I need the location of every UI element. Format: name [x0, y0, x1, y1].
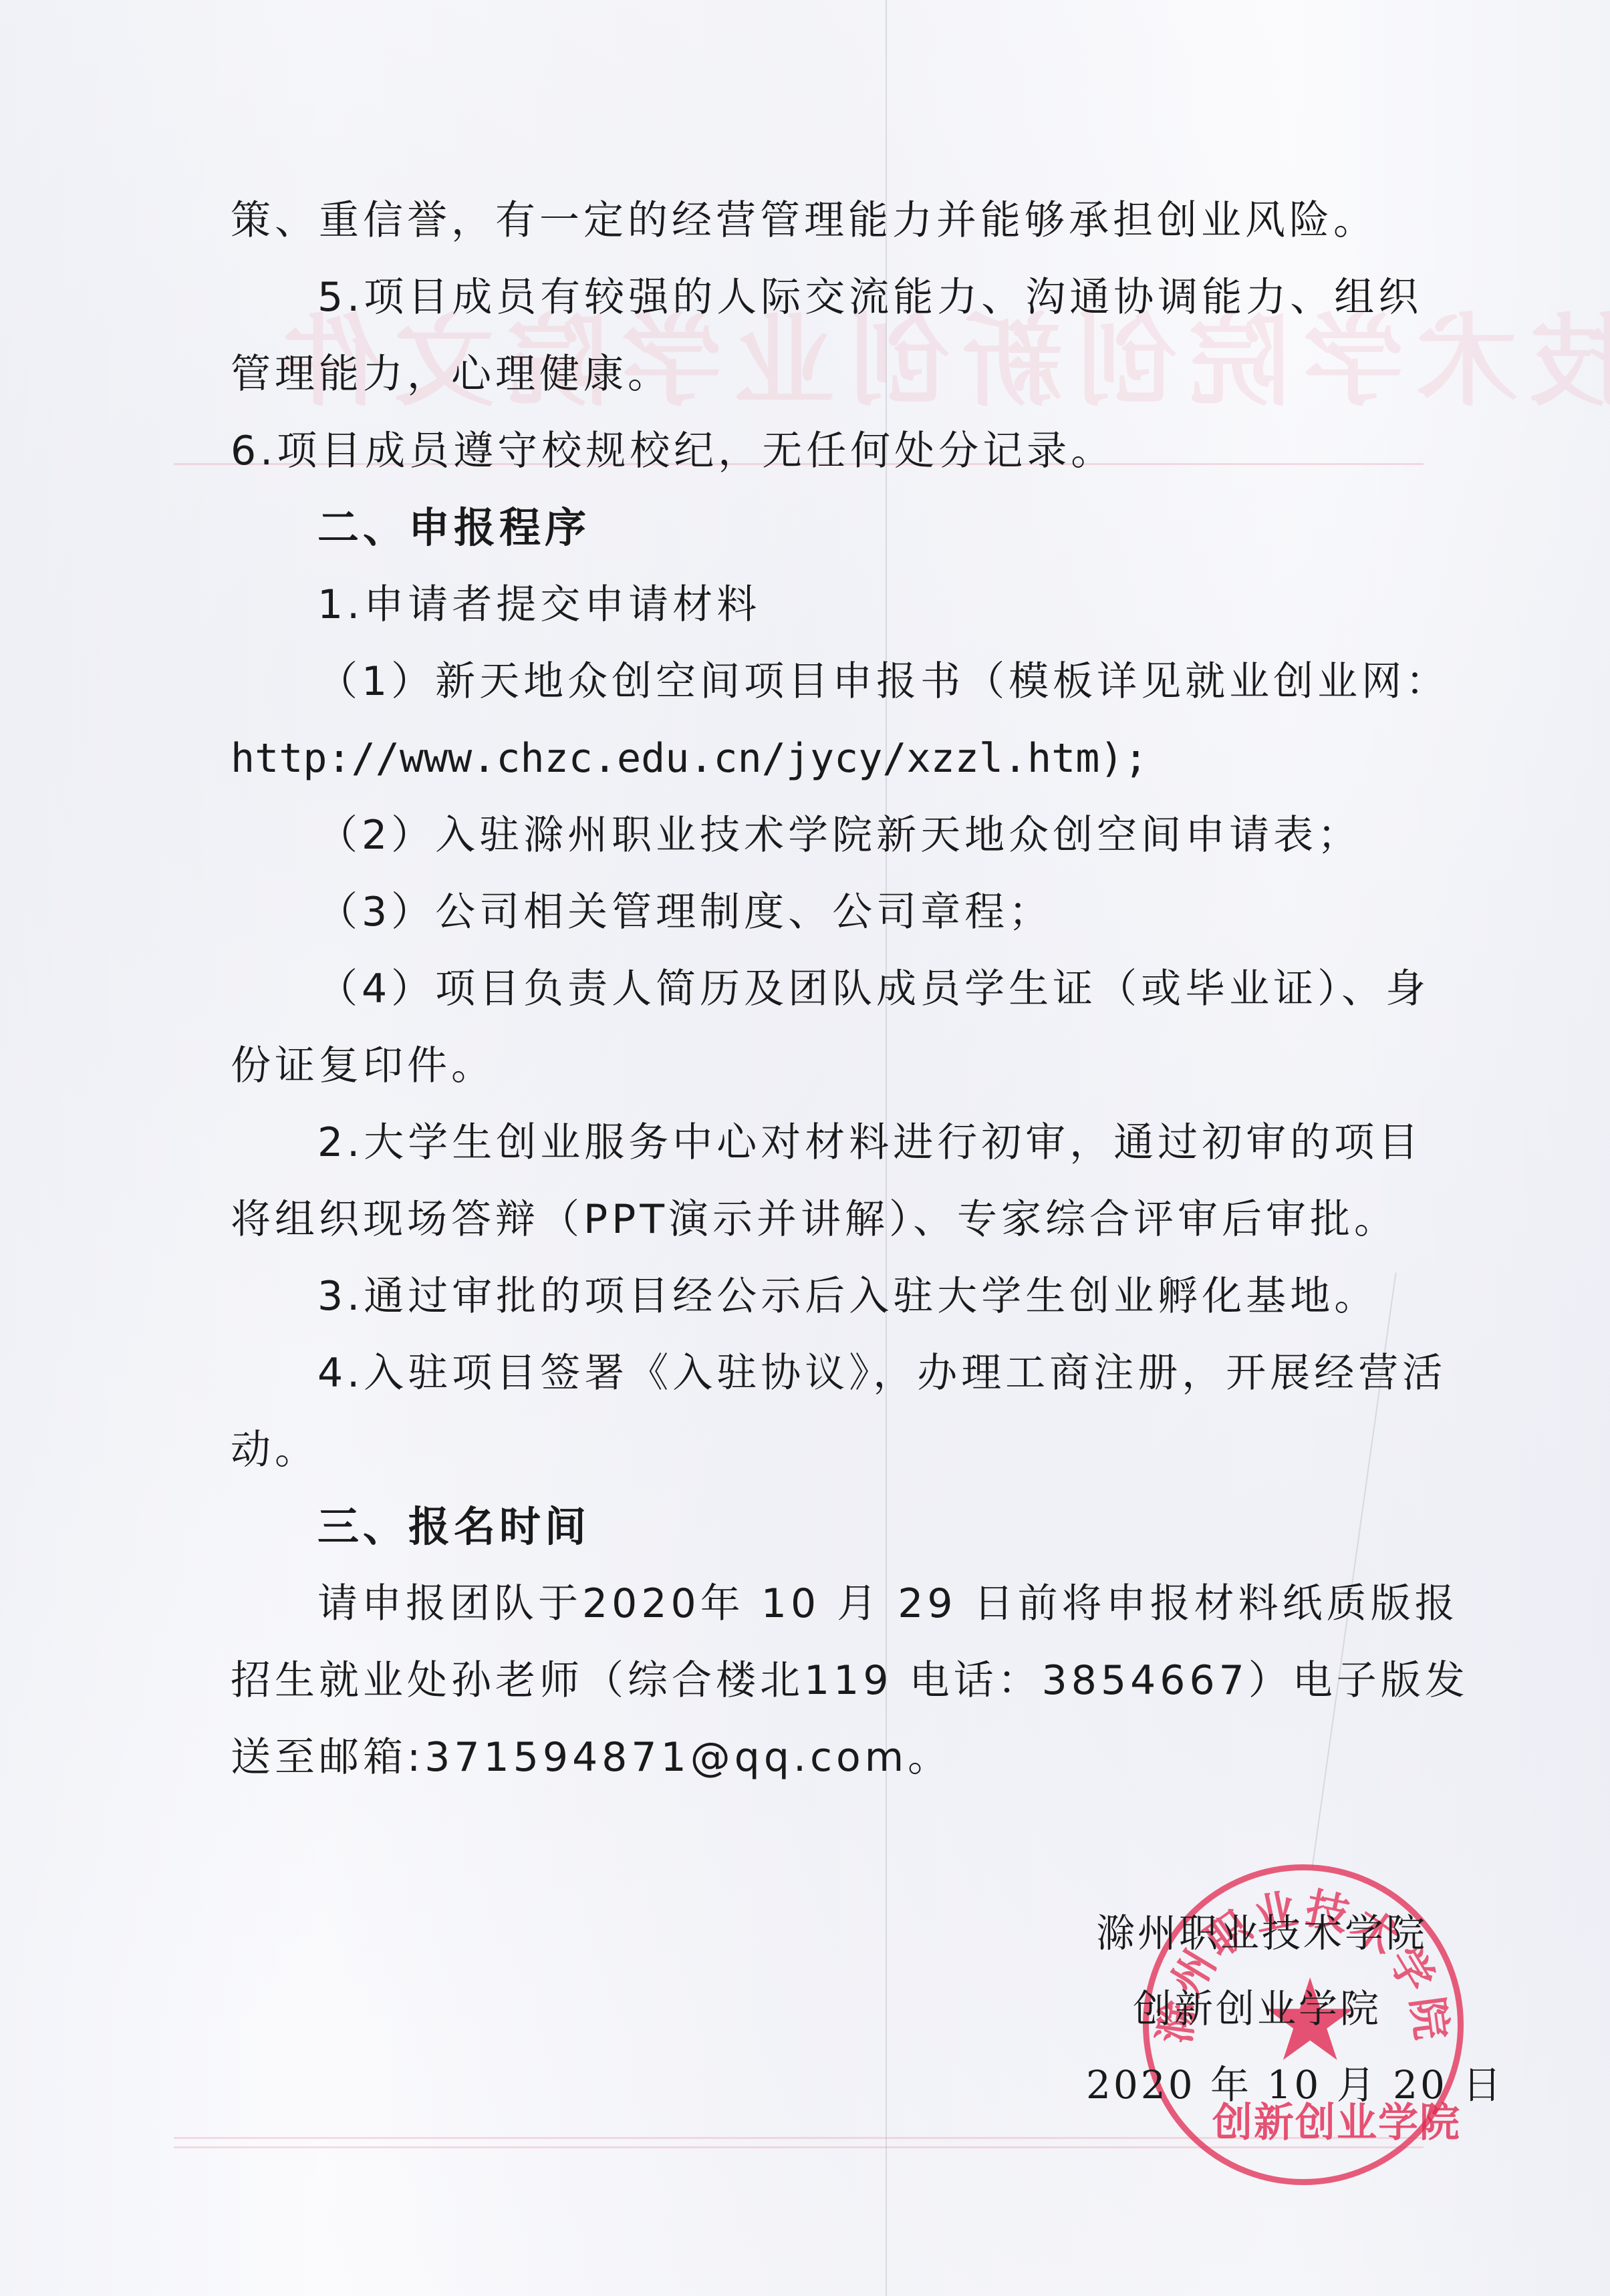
paragraph-line: 动。 — [231, 1423, 319, 1477]
paragraph-line: 管理能力，心理健康。 — [231, 347, 672, 401]
paragraph-line: （4）项目负责人简历及团队成员学生证（或毕业证）、身 — [317, 962, 1430, 1016]
section-heading: 三、报名时间 — [317, 1500, 590, 1554]
paragraph-line: 1.申请者提交申请材料 — [317, 578, 761, 631]
section-heading: 二、申报程序 — [317, 501, 590, 555]
paragraph-line: （3）公司相关管理制度、公司章程； — [317, 885, 1053, 939]
paragraph-line: 6.项目成员遵守校规校纪，无任何处分记录。 — [231, 424, 1115, 478]
paragraph-line: 将组织现场答辩（PPT演示并讲解）、专家综合评审后审批。 — [231, 1193, 1398, 1246]
paragraph-line: 2.大学生创业服务中心对材料进行初审，通过初审的项目 — [317, 1116, 1422, 1169]
url-text: http://www.chzc.edu.cn/jycy/xzzl.htm); — [231, 732, 1148, 785]
paragraph-line: （1）新天地众创空间项目申报书（模板详见就业创业网： — [317, 655, 1450, 708]
signature-date: 2020 年 10 月 20 日 — [1086, 2059, 1504, 2110]
signature-department: 创新创业学院 — [1133, 1983, 1381, 2034]
paragraph-line: 3.通过审批的项目经公示后入驻大学生创业孵化基地。 — [317, 1270, 1378, 1323]
paragraph-line: 5.项目成员有较强的人际交流能力、沟通协调能力、组织 — [317, 271, 1422, 324]
paragraph-line: （2）入驻滁州职业技术学院新天地众创空间申请表； — [317, 809, 1361, 862]
paragraph-line: 送至邮箱:371594871@qq.com。 — [231, 1731, 952, 1784]
signature-institution: 滁州职业技术学院 — [1096, 1908, 1428, 1959]
paragraph-line: 4.入驻项目签署《入驻协议》，办理工商注册，开展经营活 — [317, 1346, 1446, 1400]
paragraph-line: 策、重信誉，有一定的经营管理能力并能够承担创业风险。 — [231, 194, 1377, 247]
paragraph-line: 请申报团队于2020年 10 月 29 日前将申报材料纸质版报 — [317, 1577, 1459, 1630]
paragraph-line: 招生就业处孙老师（综合楼北119 电话：3854667）电子版发 — [231, 1654, 1469, 1707]
paragraph-line: 份证复印件。 — [231, 1039, 495, 1093]
